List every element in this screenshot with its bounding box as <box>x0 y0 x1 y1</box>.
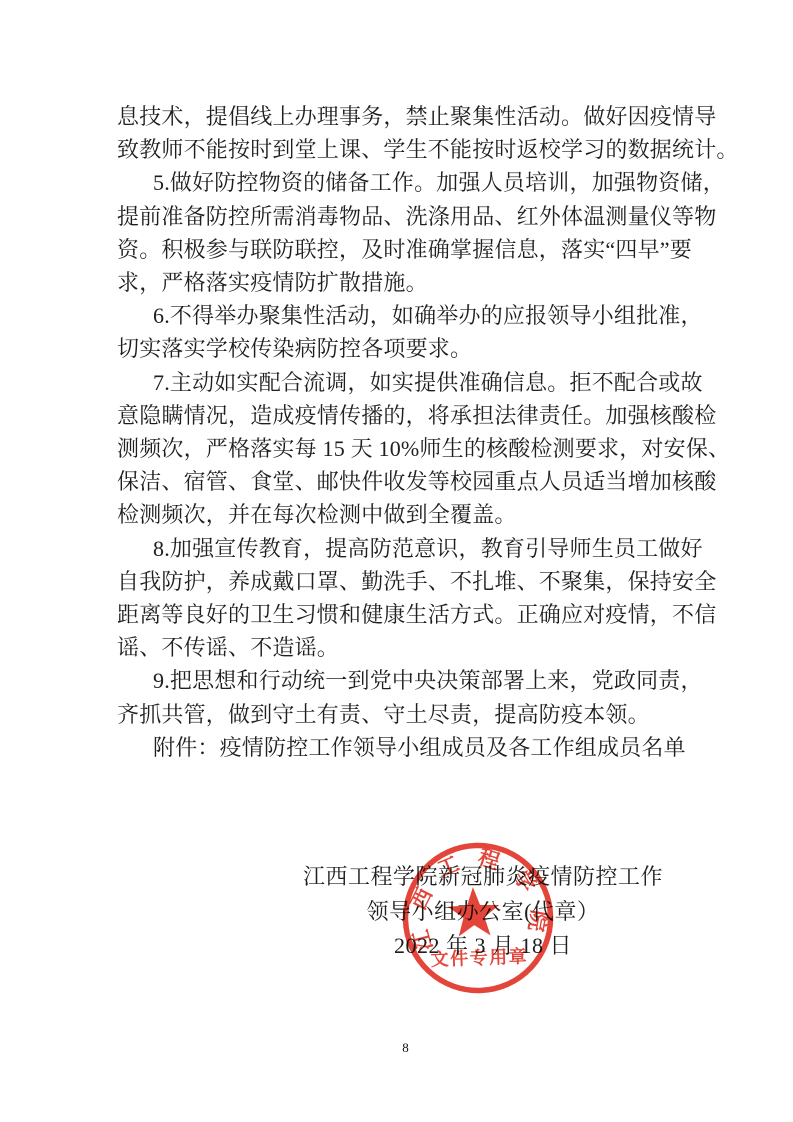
page-number: 8 <box>0 1040 793 1056</box>
body-text-line: 6.不得举办聚集性活动，如确举办的应报领导小组批准， <box>117 299 757 332</box>
document-body: 息技术，提倡线上办理事务，禁止聚集性活动。做好因疫情导致教师不能按时到堂上课、学… <box>117 100 757 764</box>
body-text-line: 测频次，严格落实每 15 天 10%师生的核酸检测要求，对安保、 <box>117 432 757 465</box>
body-text-line: 保洁、宿管、食堂、邮快件收发等校园重点人员适当增加核酸 <box>117 465 757 498</box>
body-text-line: 意隐瞒情况，造成疫情传播的，将承担法律责任。加强核酸检 <box>117 399 757 432</box>
document-page: 息技术，提倡线上办理事务，禁止聚集性活动。做好因疫情导致教师不能按时到堂上课、学… <box>0 0 793 1122</box>
body-text-line: 资。积极参与联防联控，及时准确掌握信息，落实“四早”要 <box>117 233 757 266</box>
body-text-line: 距离等良好的卫生习惯和健康生活方式。正确应对疫情，不信 <box>117 598 757 631</box>
body-text-line: 齐抓共管，做到守土有责、守土尽责，提高防疫本领。 <box>117 698 757 731</box>
seal-arc-text: 江西工程学院 <box>403 843 551 954</box>
body-text-line: 9.把思想和行动统一到党中央决策部署上来，党政同责， <box>117 664 757 697</box>
body-text-line: 息技术，提倡线上办理事务，禁止聚集性活动。做好因疫情导 <box>117 100 757 133</box>
body-text-line: 谣、不传谣、不造谣。 <box>117 631 757 664</box>
body-text-line: 求，严格落实疫情防扩散措施。 <box>117 266 757 299</box>
body-text-line: 提前准备防控所需消毒物品、洗涤用品、红外体温测量仪等物 <box>117 200 757 233</box>
body-text-line: 致教师不能按时到堂上课、学生不能按时返校学习的数据统计。 <box>117 133 757 166</box>
body-text-line: 附件：疫情防控工作领导小组成员及各工作组成员名单 <box>117 731 757 764</box>
body-text-line: 检测频次，并在每次检测中做到全覆盖。 <box>117 498 757 531</box>
body-text-line: 5.做好防控物资的储备工作。加强人员培训，加强物资储， <box>117 166 757 199</box>
seal-bottom-text: 文件专用章 <box>430 945 528 969</box>
body-text-line: 7.主动如实配合流调，如实提供准确信息。拒不配合或故 <box>117 366 757 399</box>
body-text-line: 8.加强宣传教育，提高防范意识，教育引导师生员工做好 <box>117 532 757 565</box>
star-icon <box>447 886 500 937</box>
official-seal: 江西工程学院 文件专用章 <box>390 830 566 1006</box>
body-text-line: 切实落实学校传染病防控各项要求。 <box>117 332 757 365</box>
body-text-line: 自我防护，养成戴口罩、勤洗手、不扎堆、不聚集，保持安全 <box>117 565 757 598</box>
